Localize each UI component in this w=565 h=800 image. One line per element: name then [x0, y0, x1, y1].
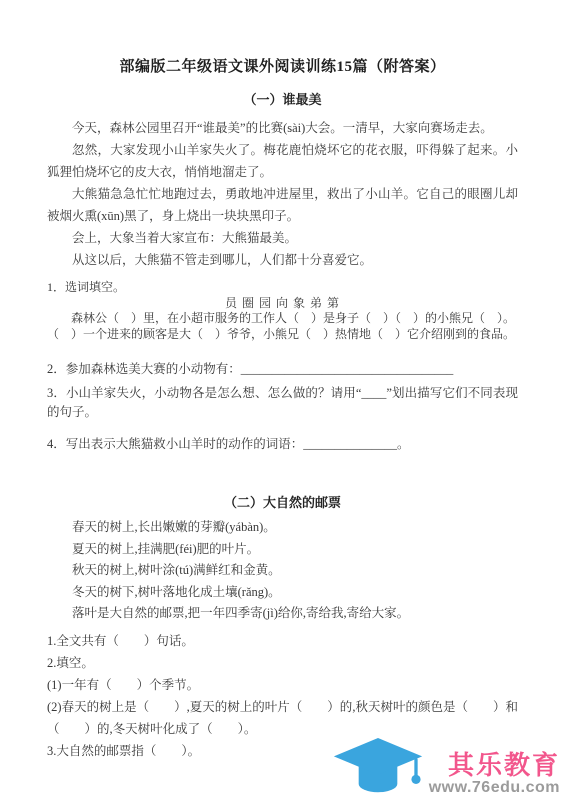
document-title: 部编版二年级语文课外阅读训练15篇（附答案）	[47, 55, 518, 76]
section2-heading: （二）大自然的邮票	[47, 492, 518, 511]
graduation-cap-icon	[332, 737, 424, 795]
question-2: 2．参加森林选美大赛的小动物有：________________________…	[47, 360, 518, 379]
section1-heading: （一）谁最美	[47, 89, 518, 108]
page-content: 部编版二年级语文课外阅读训练15篇（附答案） （一）谁最美 今天，森林公园里召开…	[0, 0, 565, 762]
story-paragraph: 会上，大象当着大家宣布：大熊猫最美。	[47, 227, 518, 249]
word-bank: 员 圈 园 向 象 弟 第	[47, 296, 518, 312]
fill-blank-text-line: 森林公（ ）里，在小超市服务的工作人（ ）是身子（ ）（ ）的小熊兄（ ）。	[47, 311, 518, 327]
poem-line: 落叶是大自然的邮票,把一年四季寄(jì)给你,寄给我,寄给大家。	[47, 603, 518, 625]
question-line: (2)春天的树上是（ ）,夏天的树上的叶片（ ）的,秋天树叶的颜色是（ ）和（ …	[47, 696, 518, 740]
question-3: 3．小山羊家失火，小动物各是怎么想、怎么做的？请用“____”划出描写它们不同表…	[47, 384, 518, 422]
question-line: (1)一年有（ ）个季节。	[47, 674, 518, 696]
brand-url: www.76edu.com	[429, 779, 560, 796]
section-2: （二）大自然的邮票 春天的树上,长出嫩嫩的芽瓣(yábàn)。 夏天的树上,挂满…	[47, 492, 518, 762]
poem-line: 春天的树上,长出嫩嫩的芽瓣(yábàn)。	[47, 517, 518, 539]
story-paragraph: 从这以后，大熊猫不管走到哪儿，人们都十分喜爱它。	[47, 249, 518, 271]
poem-line: 秋天的树上,树叶涂(tú)满鲜红和金黄。	[47, 560, 518, 582]
story-paragraph: 忽然，大家发现小山羊家失火了。梅花鹿怕烧坏它的花衣服，吓得躲了起来。小狐狸怕烧坏…	[47, 139, 518, 183]
brand-logo-text: 其乐教育 www.76edu.com	[429, 752, 563, 796]
section2-poem: 春天的树上,长出嫩嫩的芽瓣(yábàn)。 夏天的树上,挂满肥(féi)肥的叶片…	[47, 517, 518, 625]
question-line: 1.全文共有（ ）句话。	[47, 630, 518, 652]
question-1-block: 1．选词填空。 员 圈 园 向 象 弟 第 森林公（ ）里，在小超市服务的工作人…	[47, 280, 518, 342]
poem-line: 夏天的树上,挂满肥(féi)肥的叶片。	[47, 539, 518, 561]
document-page: 部编版二年级语文课外阅读训练15篇（附答案） （一）谁最美 今天，森林公园里召开…	[0, 0, 565, 800]
section1-story: 今天，森林公园里召开“谁最美”的比赛(sài)大会。一清早，大家向赛场走去。 忽…	[47, 117, 518, 271]
question-1-label: 1．选词填空。	[47, 280, 518, 296]
section-1: （一）谁最美 今天，森林公园里召开“谁最美”的比赛(sài)大会。一清早，大家向…	[47, 89, 518, 454]
poem-line: 冬天的树下,树叶落地化成土壤(rǎng)。	[47, 582, 518, 604]
brand-logo: 其乐教育 www.76edu.com	[332, 737, 563, 796]
story-paragraph: 大熊猫急急忙忙地跑过去，勇敢地冲进屋里，救出了小山羊。它自己的眼圈儿却被烟火熏(…	[47, 183, 518, 227]
story-paragraph: 今天，森林公园里召开“谁最美”的比赛(sài)大会。一清早，大家向赛场走去。	[47, 117, 518, 139]
question-line: 2.填空。	[47, 652, 518, 674]
fill-blank-text-line: （ ）一个进来的顾客是大（ ）爷爷，小熊兄（ ）热情地（ ）它介绍刚到的食品。	[47, 327, 518, 343]
question-4: 4．写出表示大熊猫救小山羊时的动作的词语：_______________。	[47, 435, 518, 454]
brand-name: 其乐教育	[429, 752, 560, 779]
